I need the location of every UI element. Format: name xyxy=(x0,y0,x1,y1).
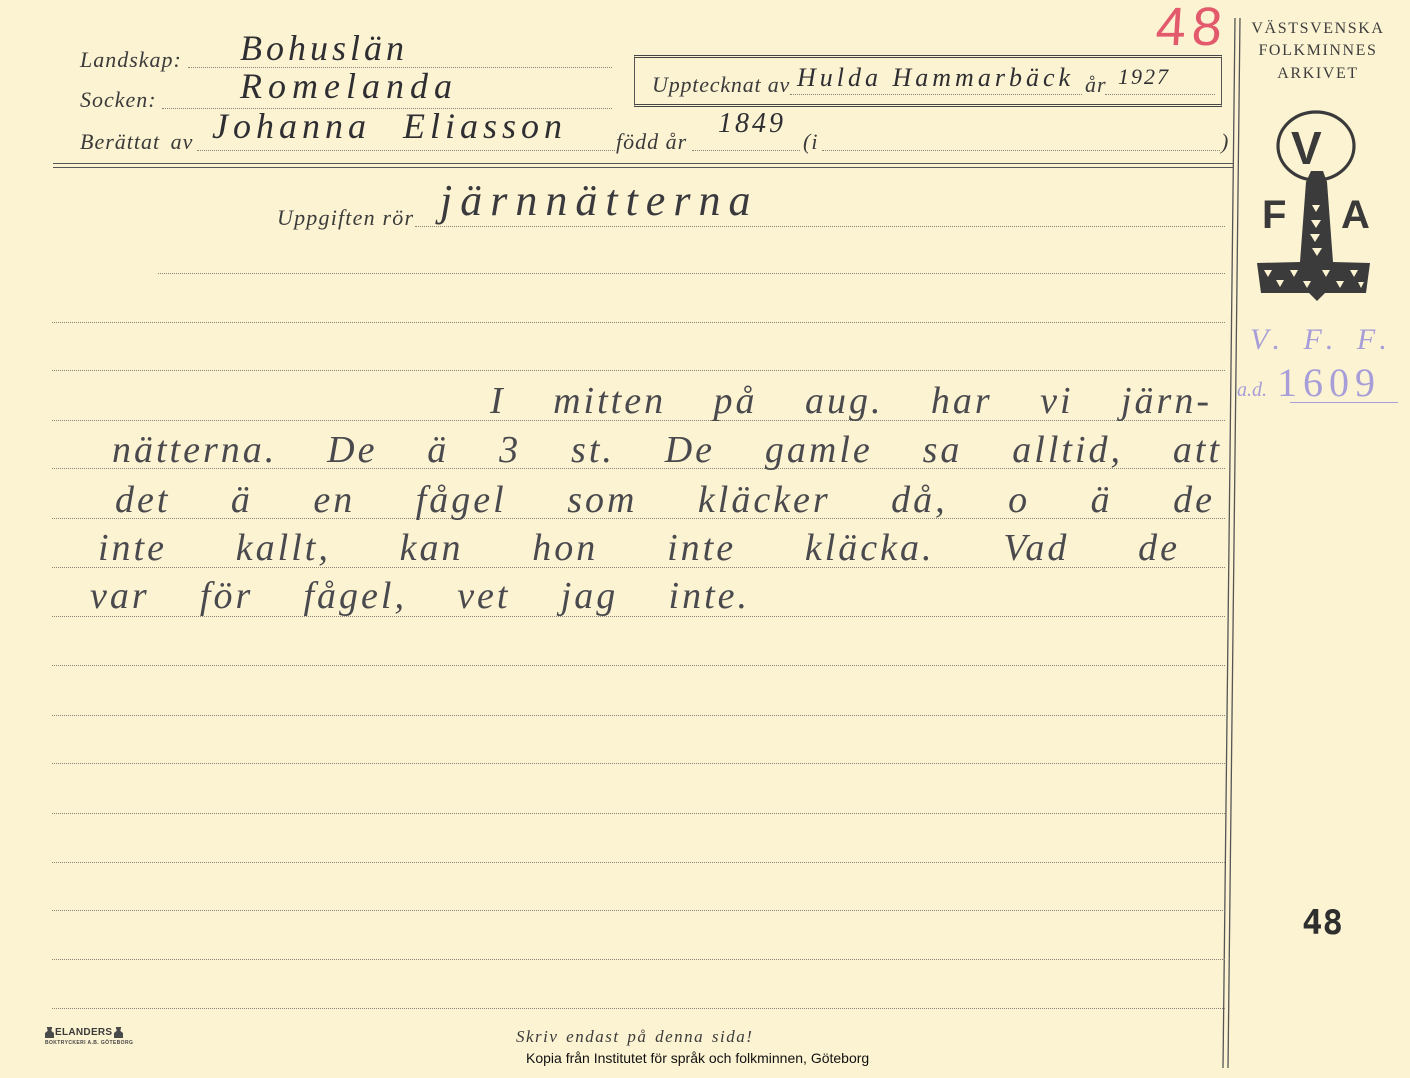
vfa-hammer-logo-icon: V F A xyxy=(1250,100,1380,305)
body-text-line: nätterna. De ä 3 st. De gamle sa alltid,… xyxy=(112,426,1222,474)
ruled-line xyxy=(52,910,1225,911)
ruled-line xyxy=(52,959,1225,960)
birthplace-dotted-line xyxy=(822,150,1220,151)
ruled-line xyxy=(52,1008,1225,1009)
archive-name-line2: FOLKMINNES xyxy=(1240,43,1396,59)
berattat-av-dotted-line xyxy=(197,150,615,151)
birthplace-close: ) xyxy=(1221,131,1229,153)
logo-letter-f: F xyxy=(1262,193,1286,237)
stamp-vff: V. F. F. xyxy=(1250,325,1395,355)
uppgiften-ror-dotted-line xyxy=(415,226,1225,227)
socken-value: Romelanda xyxy=(240,68,458,104)
berattat-av-label: Berättat av xyxy=(80,131,193,153)
stamp-underline xyxy=(1290,402,1398,403)
ar-label: år xyxy=(1085,74,1107,96)
landskap-value: Bohuslän xyxy=(240,30,408,66)
upptecknat-av-dotted-line xyxy=(790,94,1082,95)
body-text-line: I mitten på aug. har vi järn- xyxy=(490,377,1212,425)
body-text-line: var för fågel, vet jag inte. xyxy=(90,572,750,620)
socken-label: Socken: xyxy=(80,89,157,111)
ruled-line xyxy=(52,763,1225,764)
logo-letter-a: A xyxy=(1341,193,1370,237)
ar-value: 1927 xyxy=(1118,66,1170,88)
stamp-accession-number: 1609 xyxy=(1277,363,1381,403)
upptecknat-av-label: Upptecknat av xyxy=(652,74,790,96)
header-rule-top xyxy=(53,163,1233,164)
printer-name: ELANDERS xyxy=(55,1028,112,1038)
ruled-line xyxy=(52,862,1225,863)
body-text-line: inte kallt, kan hon inte kläcka. Vad de xyxy=(98,524,1180,572)
upptecknat-av-value: Hulda Hammarbäck xyxy=(797,65,1074,91)
archive-name-line3: ARKIVET xyxy=(1240,66,1396,82)
stamp-prefix: a.d. xyxy=(1237,380,1267,400)
header-rule-bottom xyxy=(53,167,1233,168)
ruled-line xyxy=(158,273,1225,274)
archive-name-line1: VÄSTSVENSKA xyxy=(1240,21,1396,37)
printer-subtitle: BOKTRYCKERI A.B. GÖTEBORG xyxy=(45,1041,133,1046)
stamped-page-number: 48 xyxy=(1302,906,1343,940)
ar-dotted-line xyxy=(1105,94,1215,95)
body-text-line: det ä en fågel som kläcker då, o ä de xyxy=(115,476,1215,524)
write-one-side-instruction: Skriv endast på denna sida! xyxy=(516,1028,753,1045)
handwritten-page-number: 48 xyxy=(1154,0,1230,54)
berattat-av-value: Johanna Eliasson xyxy=(212,108,567,144)
landskap-label: Landskap: xyxy=(80,49,182,71)
fodd-ar-label: född år xyxy=(616,131,687,153)
logo-letter-v: V xyxy=(1291,122,1322,174)
uppgiften-ror-value: järnnätterna xyxy=(440,179,758,223)
birthplace-open: (i xyxy=(803,131,818,153)
uppgiften-ror-label: Uppgiften rör xyxy=(277,207,414,229)
archive-record-card: 48 Landskap: Bohuslän Socken: Romelanda … xyxy=(0,0,1410,1078)
ruled-line xyxy=(52,322,1225,323)
copy-notice: Kopia från Institutet för språk och folk… xyxy=(526,1051,869,1065)
fodd-ar-value: 1849 xyxy=(718,110,786,138)
ruled-line xyxy=(52,370,1225,371)
fodd-ar-dotted-line xyxy=(692,150,800,151)
ruled-line xyxy=(52,665,1225,666)
ruled-line xyxy=(52,813,1225,814)
ruled-line xyxy=(52,715,1225,716)
